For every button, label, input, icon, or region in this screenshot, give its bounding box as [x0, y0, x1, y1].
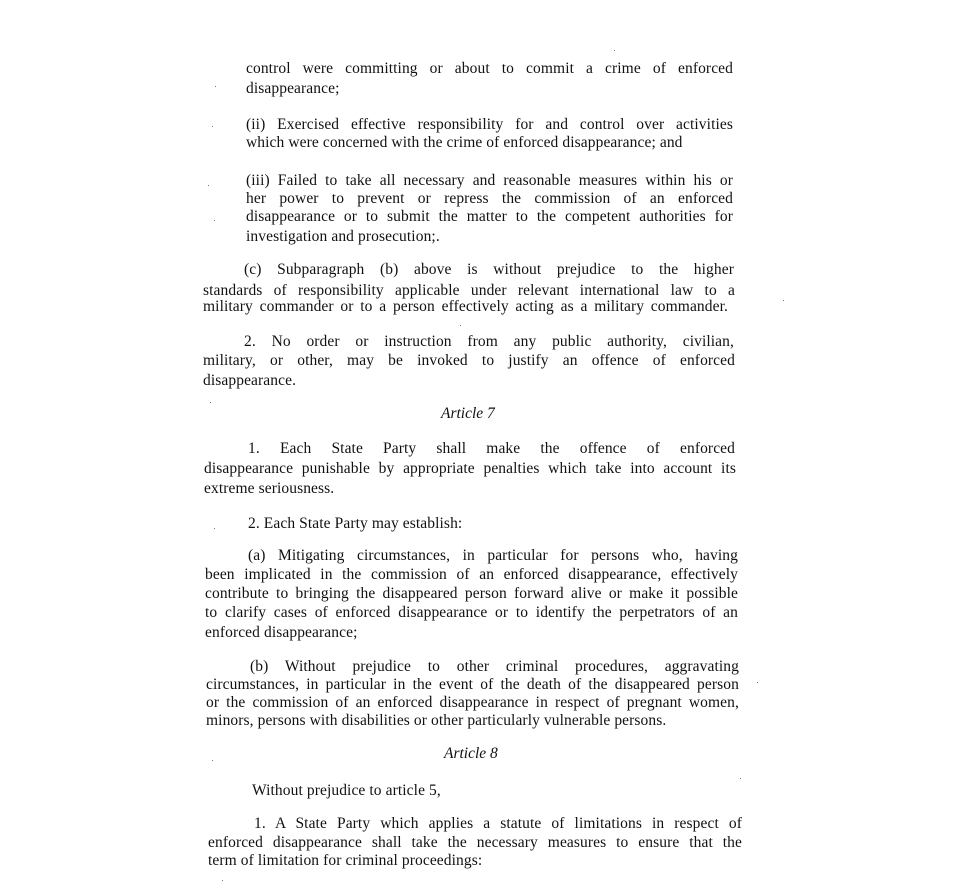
text-line: to clarify cases of enforced disappearan… — [205, 604, 738, 622]
text-line: military commander or to a person effect… — [203, 298, 728, 316]
text-line: circumstances, in particular in the even… — [206, 676, 739, 694]
text-line: minors, persons with disabilities or oth… — [206, 712, 666, 730]
scanned-document-page: control were committing or about to comm… — [0, 0, 963, 887]
text-line: 2. Each State Party may establish: — [248, 515, 462, 533]
text-line: 1. Each State Party shall make the offen… — [248, 440, 735, 458]
scan-noise — [208, 185, 209, 186]
scan-noise — [222, 880, 223, 881]
text-line: 1. A State Party which applies a statute… — [254, 815, 742, 833]
scan-noise — [215, 86, 216, 87]
text-line: control were committing or about to comm… — [246, 60, 733, 78]
text-line: contribute to bringing the disappeared p… — [205, 585, 738, 603]
text-line: (c) Subparagraph (b) above is without pr… — [244, 261, 734, 279]
text-line: term of limitation for criminal proceedi… — [208, 852, 482, 870]
scan-noise — [757, 682, 758, 683]
scan-noise — [740, 778, 741, 779]
scan-noise — [460, 325, 461, 326]
text-line: disappearance. — [203, 372, 296, 390]
scan-noise — [212, 126, 213, 127]
scan-noise — [614, 50, 615, 51]
text-line: enforced disappearance shall take the ne… — [208, 834, 742, 852]
text-line: investigation and prosecution;. — [246, 228, 440, 246]
article-7-heading: Article 7 — [441, 405, 495, 423]
text-line: military, or other, may be invoked to ju… — [203, 352, 735, 370]
text-line: (a) Mitigating circumstances, in particu… — [248, 547, 738, 565]
text-line: 2. No order or instruction from any publ… — [244, 333, 734, 351]
scan-noise — [212, 760, 213, 761]
scan-noise — [214, 220, 215, 221]
article-8-heading: Article 8 — [444, 745, 498, 763]
text-line: disappearance punishable by appropriate … — [204, 460, 736, 478]
text-line: her power to prevent or repress the comm… — [246, 190, 733, 208]
scan-noise — [210, 402, 211, 403]
scan-noise — [214, 528, 215, 529]
text-line: (b) Without prejudice to other criminal … — [250, 658, 739, 676]
text-line: Without prejudice to article 5, — [252, 782, 441, 800]
text-line: disappearance; — [246, 80, 339, 98]
text-line: which were concerned with the crime of e… — [246, 134, 683, 152]
text-line: or the commission of an enforced disappe… — [206, 694, 739, 712]
scan-noise — [783, 300, 784, 301]
text-line: disappearance or to submit the matter to… — [246, 208, 733, 226]
text-line: (iii) Failed to take all necessary and r… — [246, 172, 733, 190]
text-line: (ii) Exercised effective responsibility … — [246, 116, 733, 134]
text-line: enforced disappearance; — [205, 624, 357, 642]
text-line: extreme seriousness. — [204, 480, 334, 498]
text-line: been implicated in the commission of an … — [205, 566, 738, 584]
